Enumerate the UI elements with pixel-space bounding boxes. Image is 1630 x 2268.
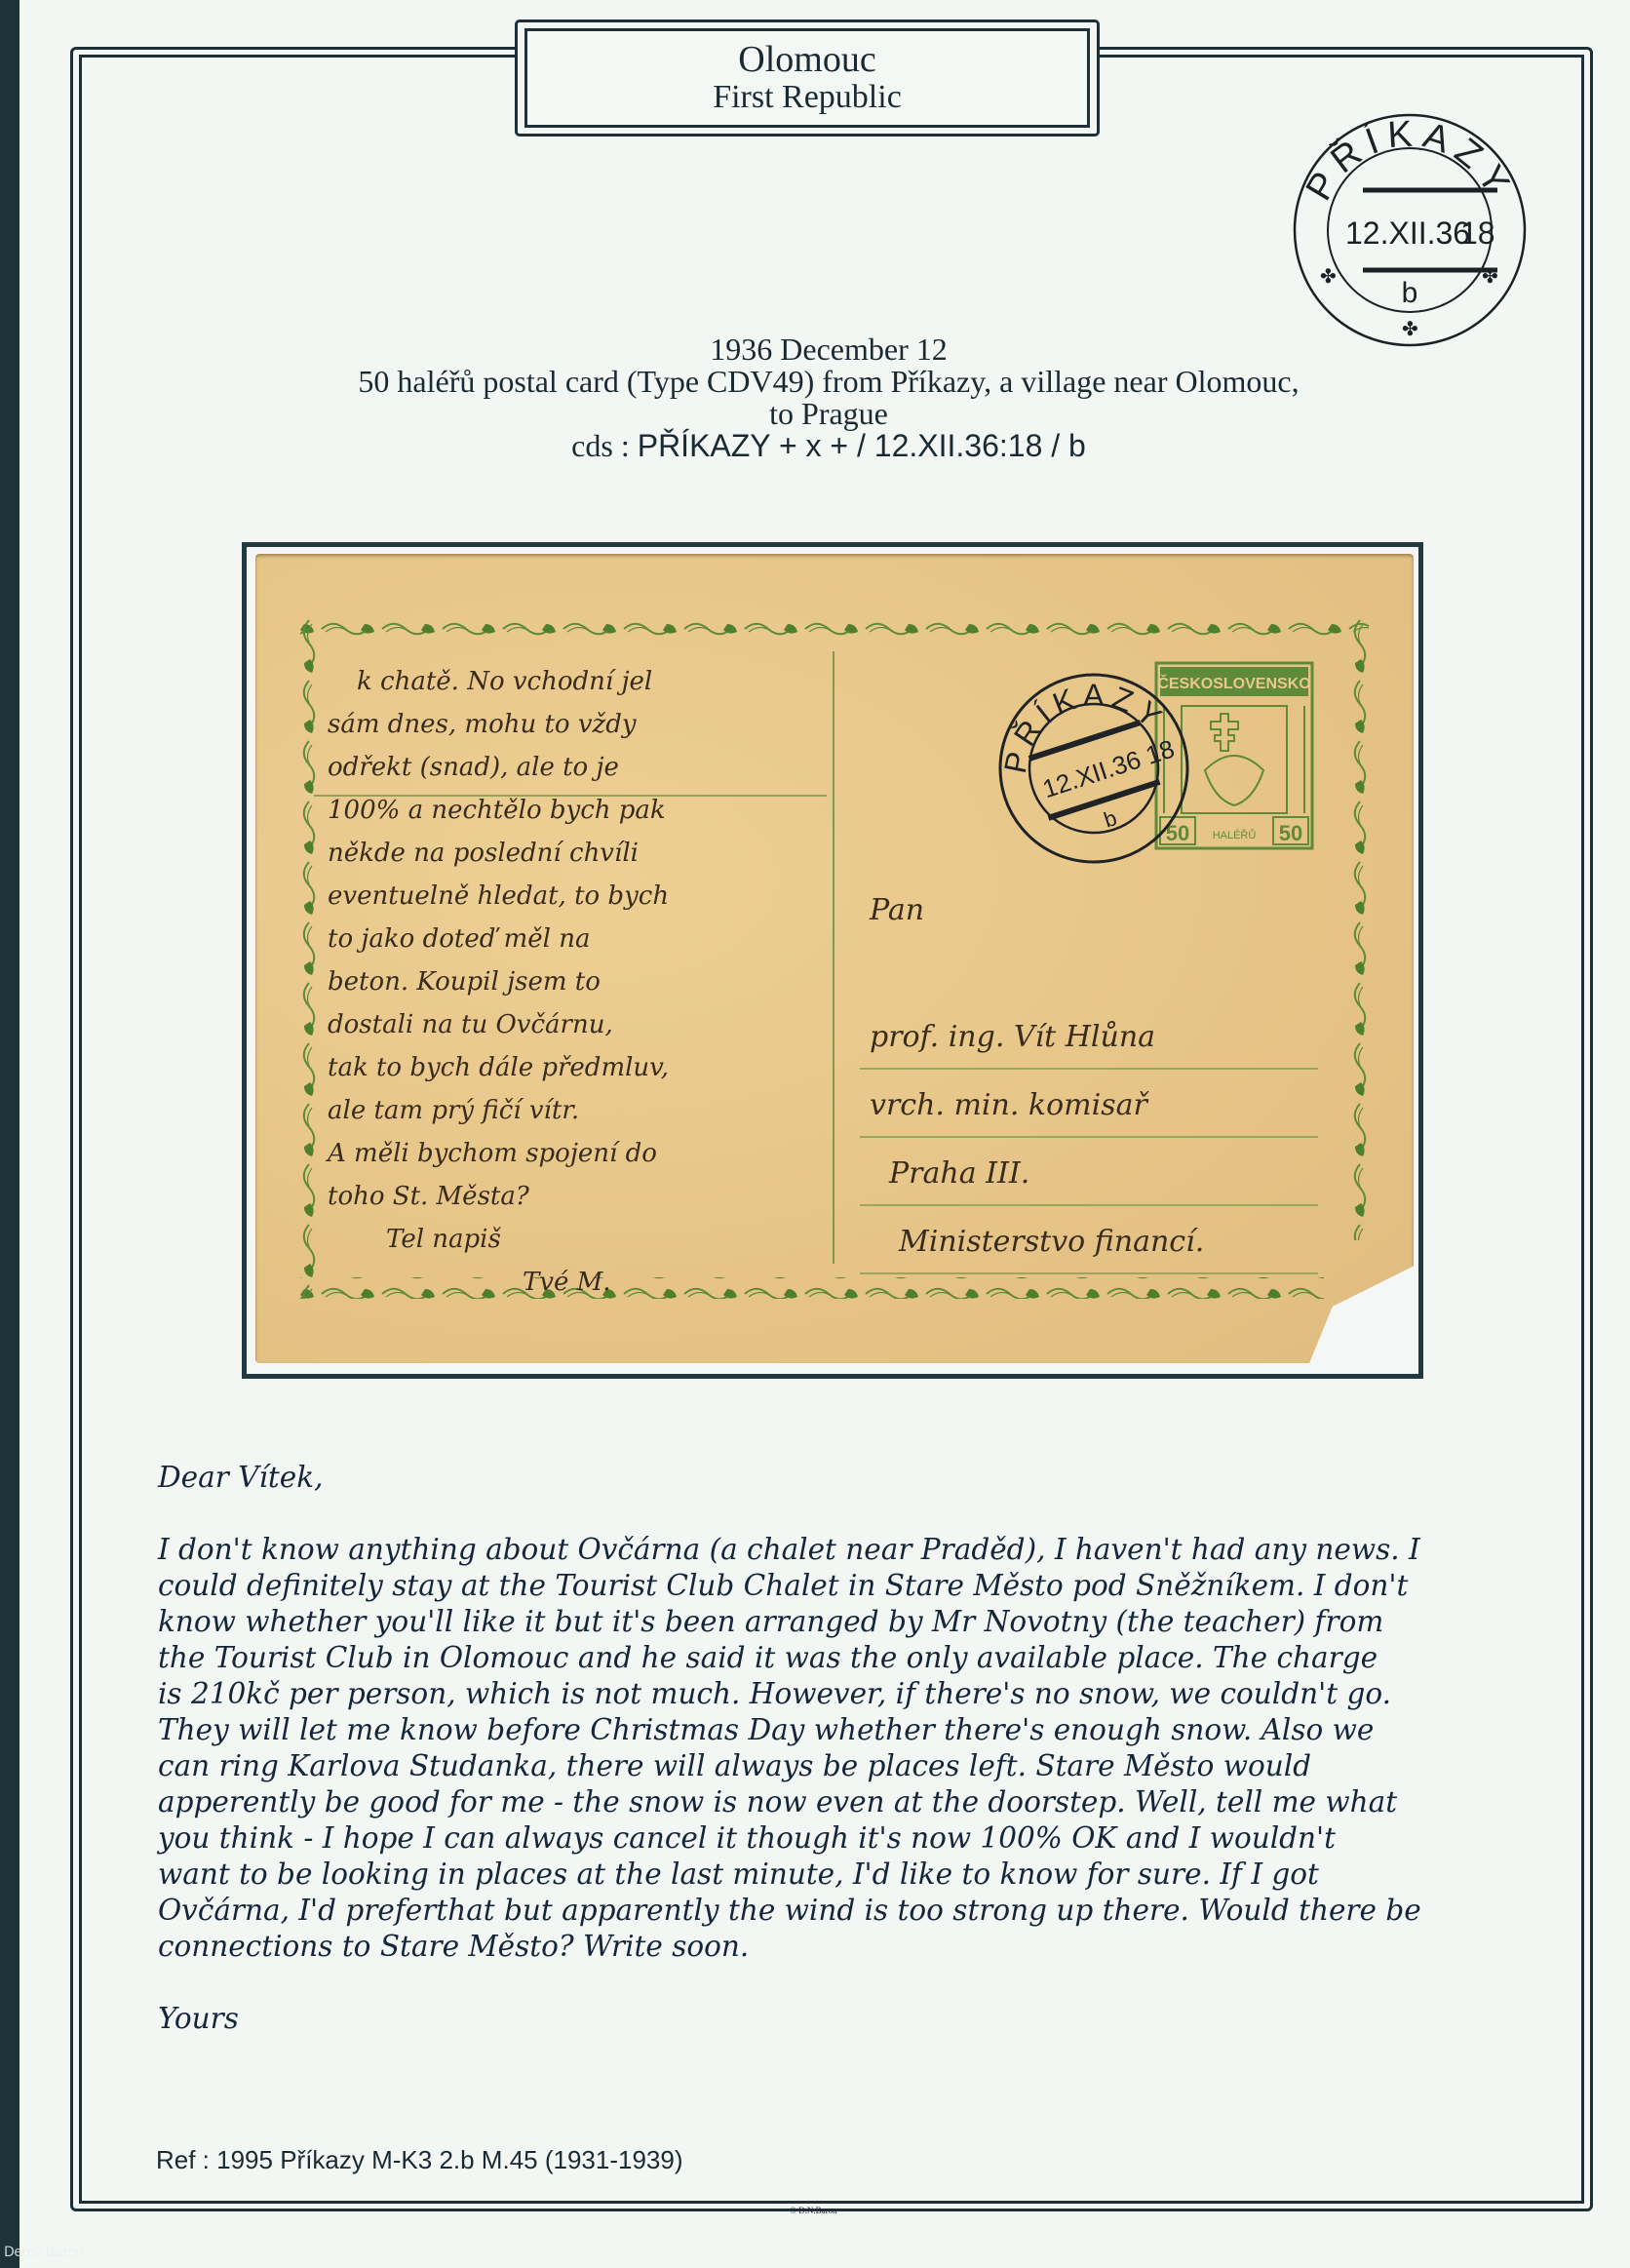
svg-text:ČESKOSLOVENSKO: ČESKOSLOVENSKO: [1157, 674, 1310, 692]
postmark-hour: 18: [1460, 215, 1495, 251]
catalogue-reference: Ref : 1995 Příkazy M-K3 2.b M.45 (1931-1…: [156, 2145, 683, 2175]
translation-line: Ovčárna, I'd preferthat but apparently t…: [158, 1893, 1523, 1929]
address-line: Ministerstvo financí.: [899, 1217, 1204, 1267]
watermark: Derek Baron: [4, 2245, 84, 2260]
caption: 1936 December 12 50 haléřů postal card (…: [117, 333, 1540, 462]
translation-line: They will let me know before Christmas D…: [158, 1712, 1523, 1748]
page-subtitle: First Republic: [713, 79, 902, 116]
album-binding-strip: [0, 0, 19, 2268]
cross-ornament-icon: ✤: [1482, 266, 1498, 288]
translation-closing: Yours: [158, 2001, 1523, 2037]
translation: Dear Vítek, I don't know anything about …: [158, 1424, 1523, 2073]
translation-line: the Tourist Club in Olomouc and he said …: [158, 1640, 1523, 1676]
translation-body: I don't know anything about Ovčárna (a c…: [158, 1532, 1523, 1965]
postal-card: ČESKOSLOVENSKO 50 50 HALÉŘŮ PŘÍKAZY 12.X…: [255, 554, 1414, 1363]
translation-line: want to be looking in places at the last…: [158, 1857, 1523, 1893]
page-title: Olomouc: [738, 40, 875, 79]
address-line: Praha III.: [889, 1149, 1029, 1198]
message-line: Tel napiš: [386, 1215, 501, 1265]
translation-line: could definitely stay at the Tourist Clu…: [158, 1568, 1523, 1604]
caption-destination: to Prague: [117, 398, 1540, 430]
address-line: vrch. min. komisař: [870, 1080, 1147, 1130]
translation-greeting: Dear Vítek,: [158, 1460, 1523, 1496]
copyright-notice: © D.N.Baron: [790, 2206, 837, 2215]
caption-cds: cds : PŘÍKAZY + x + / 12.XII.36:18 / b: [117, 430, 1540, 462]
translation-line: is 210kč per person, which is not much. …: [158, 1676, 1523, 1712]
address-line: Pan: [870, 885, 924, 935]
cds-value: PŘÍKAZY + x + / 12.XII.36:18 / b: [638, 428, 1086, 463]
translation-line: apperently be good for me - the snow is …: [158, 1784, 1523, 1820]
cross-ornament-icon: ✤: [1320, 266, 1337, 288]
svg-text:50: 50: [1279, 821, 1302, 845]
imprinted-stamp: ČESKOSLOVENSKO 50 50 HALÉŘŮ: [1156, 663, 1312, 848]
postmark-date: 12.XII.36: [1345, 215, 1470, 251]
translation-line: you think - I hope I can always cancel i…: [158, 1820, 1523, 1857]
postmark-town: PŘÍKAZY: [1299, 113, 1521, 207]
svg-text:HALÉŘŮ: HALÉŘŮ: [1213, 829, 1257, 841]
svg-text:b: b: [1101, 805, 1119, 833]
postmark-illustration: PŘÍKAZY 12.XII.36 18 b ✤ ✤ ✤: [1287, 109, 1533, 351]
translation-line: connections to Stare Město? Write soon.: [158, 1929, 1523, 1965]
caption-description: 50 haléřů postal card (Type CDV49) from …: [117, 366, 1540, 398]
cds-label: cds :: [571, 428, 630, 463]
title-box: Olomouc First Republic: [524, 28, 1090, 128]
translation-line: know whether you'll like it but it's bee…: [158, 1604, 1523, 1640]
translation-line: I don't know anything about Ovčárna (a c…: [158, 1532, 1523, 1568]
caption-date: 1936 December 12: [117, 333, 1540, 366]
translation-line: can ring Karlova Studanka, there will al…: [158, 1748, 1523, 1784]
message-line: Tvé M.: [523, 1258, 611, 1308]
address-line: prof. ing. Vít Hlůna: [870, 1012, 1155, 1062]
postmark-code: b: [1402, 277, 1418, 309]
